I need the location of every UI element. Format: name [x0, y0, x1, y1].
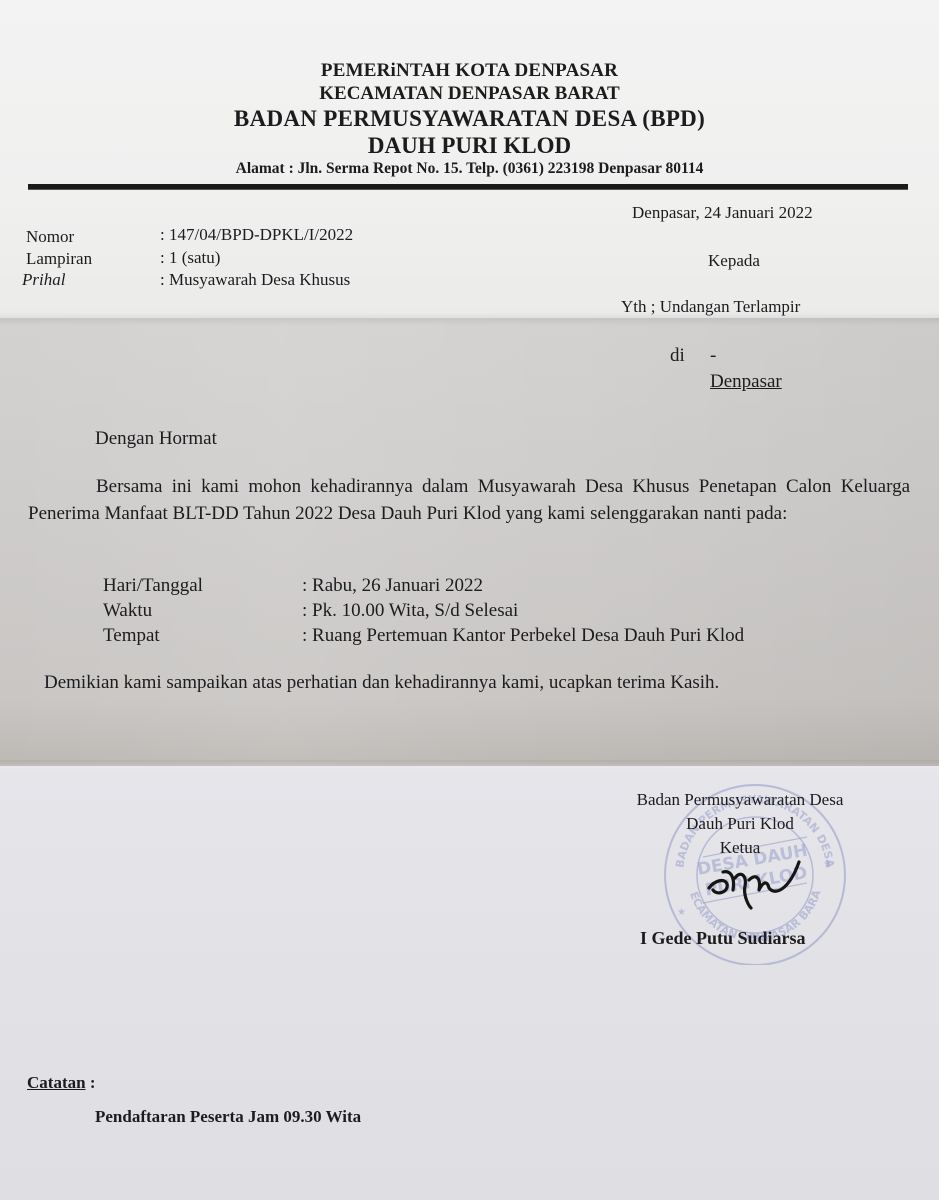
detail-label-place: Tempat: [103, 625, 160, 647]
svg-text:★: ★: [823, 859, 832, 870]
detail-label-time: Waktu: [103, 600, 152, 622]
meta-value-prihal: : Musyawarah Desa Khusus: [160, 270, 350, 290]
place-date: Denpasar, 24 Januari 2022: [632, 203, 813, 223]
letterhead-village: DAUH PURI KLOD: [0, 133, 939, 159]
handwritten-signature-icon: [705, 850, 805, 910]
letterhead-organization: BADAN PERMUSYAWARATAN DESA (BPD): [0, 106, 939, 132]
detail-value-date: : Rabu, 26 Januari 2022: [302, 575, 483, 597]
meta-label-prihal: Prihal: [22, 270, 65, 290]
meta-value-nomor: : 147/04/BPD-DPKL/I/2022: [160, 225, 353, 245]
recipient-dash: -: [710, 345, 716, 367]
meta-value-lampiran: : 1 (satu): [160, 248, 220, 268]
closing-sentence: Demikian kami sampaikan atas perhatian d…: [44, 672, 719, 694]
paper-fold-2: [0, 760, 939, 772]
recipient-di: di: [670, 345, 685, 367]
greeting: Dengan Hormat: [95, 428, 217, 450]
paper-middle-panel: [0, 318, 939, 766]
letterhead-address: Alamat : Jln. Serma Repot No. 15. Telp. …: [0, 160, 939, 178]
signature-org-line2: Dauh Puri Klod: [606, 814, 874, 834]
detail-value-time: : Pk. 10.00 Wita, S/d Selesai: [302, 600, 518, 622]
recipient-city: Denpasar: [710, 371, 782, 393]
letterhead-divider: [28, 184, 908, 190]
note-text: Pendaftaran Peserta Jam 09.30 Wita: [95, 1107, 361, 1127]
note-label: Catatan: [27, 1073, 86, 1092]
note-colon: :: [86, 1073, 96, 1092]
detail-value-place: : Ruang Pertemuan Kantor Perbekel Desa D…: [302, 625, 744, 647]
body-paragraph: Bersama ini kami mohon kehadirannya dala…: [28, 473, 910, 527]
signature-org-line1: Badan Permusyawaratan Desa: [606, 790, 874, 810]
meta-label-nomor: Nomor: [26, 227, 74, 247]
letterhead-district: KECAMATAN DENPASAR BARAT: [0, 83, 939, 105]
note-heading: Catatan :: [27, 1073, 95, 1093]
letterhead-government: PEMERiNTAH KOTA DENPASAR: [0, 60, 939, 82]
svg-text:★: ★: [677, 907, 686, 918]
recipient-kepada: Kepada: [708, 251, 760, 271]
signatory-name: I Gede Putu Sudiarsa: [640, 928, 806, 949]
paper-top-panel: [0, 0, 939, 318]
meta-label-lampiran: Lampiran: [26, 249, 92, 269]
recipient-yth: Yth ; Undangan Terlampir: [621, 297, 800, 317]
detail-label-date: Hari/Tanggal: [103, 575, 203, 597]
